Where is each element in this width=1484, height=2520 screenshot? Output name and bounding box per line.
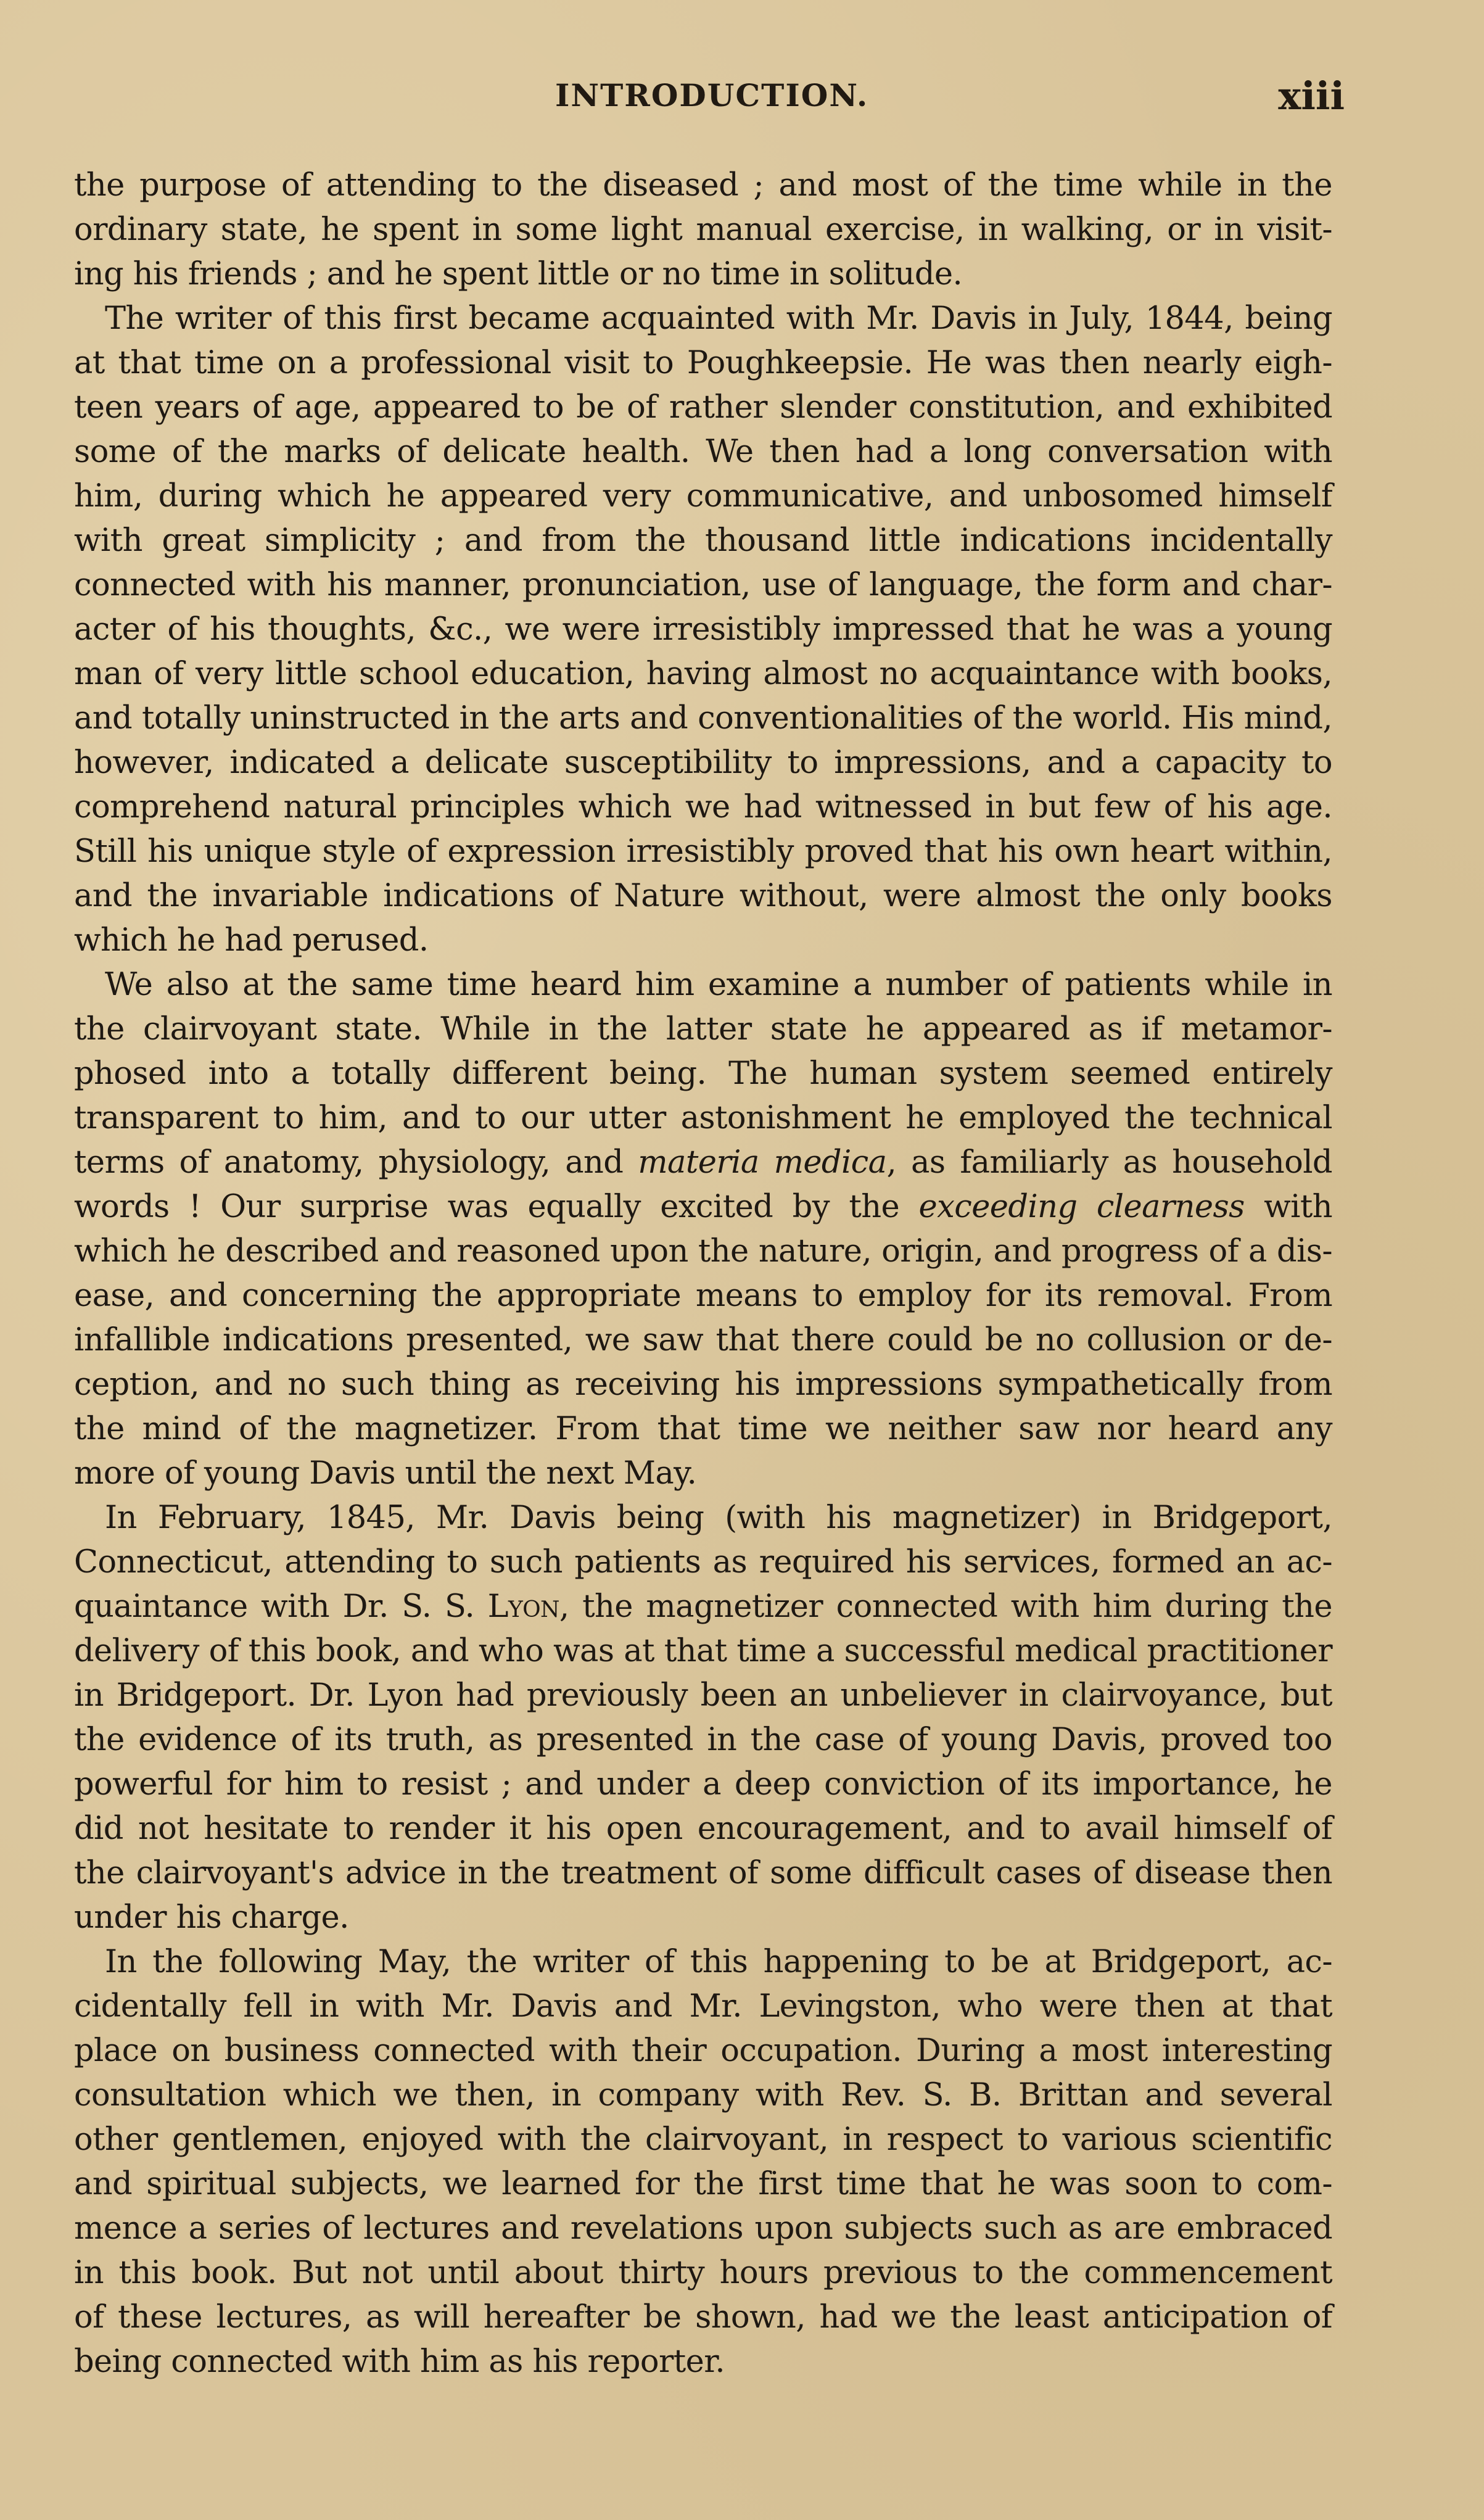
text-line: the purpose of attending to the diseased… (74, 163, 1332, 208)
text-line: which he had perused. (74, 919, 1332, 963)
text-line: words ! Our surprise was equally excited… (74, 1185, 1332, 1229)
text-line: in this book. But not until about thirty… (74, 2251, 1332, 2295)
text-segment: with (1245, 1189, 1332, 1225)
text-line: and totally uninstructed in the arts and… (74, 696, 1332, 741)
running-head-title: INTRODUCTION. (555, 77, 868, 114)
text-line: delivery of this book, and who was at th… (74, 1629, 1332, 1674)
text-line: the clairvoyant state. While in the latt… (74, 1007, 1332, 1052)
text-line: transparent to him, and to our utter ast… (74, 1096, 1332, 1141)
text-line: the evidence of its truth, as presented … (74, 1718, 1332, 1762)
text-line: quaintance with Dr. S. S. Lyon, the magn… (74, 1585, 1332, 1629)
text-line: of these lectures, as will hereafter be … (74, 2295, 1332, 2340)
text-line: man of very little school education, hav… (74, 652, 1332, 696)
text-line: The writer of this first became acquaint… (74, 297, 1332, 341)
text-line: ing his friends ; and he spent little or… (74, 252, 1332, 297)
text-line: which he described and reasoned upon the… (74, 1229, 1332, 1274)
text-line: cidentally fell in with Mr. Davis and Mr… (74, 1985, 1332, 2029)
text-line: being connected with him as his reporter… (74, 2340, 1332, 2384)
text-line: terms of anatomy, physiology, and materi… (74, 1141, 1332, 1185)
text-line: comprehend natural principles which we h… (74, 785, 1332, 830)
text-line: In the following May, the writer of this… (74, 1940, 1332, 1985)
text-line: the mind of the magnetizer. From that ti… (74, 1407, 1332, 1452)
text-line: other gentlemen, enjoyed with the clairv… (74, 2118, 1332, 2162)
italic-phrase: exceeding clearness (918, 1189, 1244, 1225)
text-line: in Bridgeport. Dr. Lyon had previously b… (74, 1674, 1332, 1718)
text-line: under his charge. (74, 1896, 1332, 1940)
book-page: INTRODUCTION. xiii the purpose of attend… (0, 0, 1484, 2520)
text-segment: terms of anatomy, physiology, and (74, 1144, 638, 1181)
text-line: teen years of age, appeared to be of rat… (74, 386, 1332, 430)
running-head: INTRODUCTION. xiii (74, 77, 1345, 126)
text-line: place on business connected with their o… (74, 2029, 1332, 2073)
text-line: phosed into a totally different being. T… (74, 1052, 1332, 1096)
text-line: mence a series of lectures and revelatio… (74, 2207, 1332, 2251)
text-line: more of young Davis until the next May. (74, 1452, 1332, 1496)
text-line: ordinary state, he spent in some light m… (74, 208, 1332, 252)
text-line: consultation which we then, in company w… (74, 2073, 1332, 2118)
text-segment: , the magnetizer connected with him duri… (559, 1588, 1332, 1625)
text-line: with great simplicity ; and from the tho… (74, 519, 1332, 563)
text-line: him, during which he appeared very commu… (74, 474, 1332, 519)
text-line: and spiritual subjects, we learned for t… (74, 2162, 1332, 2207)
italic-phrase: materia medica (638, 1144, 886, 1181)
text-line: the clairvoyant's advice in the treatmen… (74, 1851, 1332, 1896)
text-line: did not hesitate to render it his open e… (74, 1807, 1332, 1851)
text-line: some of the marks of delicate health. We… (74, 430, 1332, 474)
text-line: ception, and no such thing as receiving … (74, 1363, 1332, 1407)
page-number: xiii (1278, 73, 1345, 118)
text-line: however, indicated a delicate susceptibi… (74, 741, 1332, 785)
text-line: connected with his manner, pronunciation… (74, 563, 1332, 608)
text-line: In February, 1845, Mr. Davis being (with… (74, 1496, 1332, 1540)
text-line: Connecticut, attending to such patients … (74, 1540, 1332, 1585)
text-line: Still his unique style of expression irr… (74, 830, 1332, 874)
text-line: and the invariable indications of Nature… (74, 874, 1332, 919)
text-line: acter of his thoughts, &c., we were irre… (74, 608, 1332, 652)
text-line: ease, and concerning the appropriate mea… (74, 1274, 1332, 1318)
text-line: infallible indications presented, we saw… (74, 1318, 1332, 1363)
text-segment: quaintance with Dr. S. S. (74, 1588, 488, 1625)
text-line: We also at the same time heard him exami… (74, 963, 1332, 1007)
text-segment: words ! Our surprise was equally excited… (74, 1189, 918, 1225)
text-line: at that time on a professional visit to … (74, 341, 1332, 386)
body-text: the purpose of attending to the diseased… (74, 163, 1332, 2384)
text-segment: , as familiarly as household (886, 1144, 1332, 1181)
small-caps-name: Lyon (488, 1588, 559, 1625)
text-line: powerful for him to resist ; and under a… (74, 1762, 1332, 1807)
